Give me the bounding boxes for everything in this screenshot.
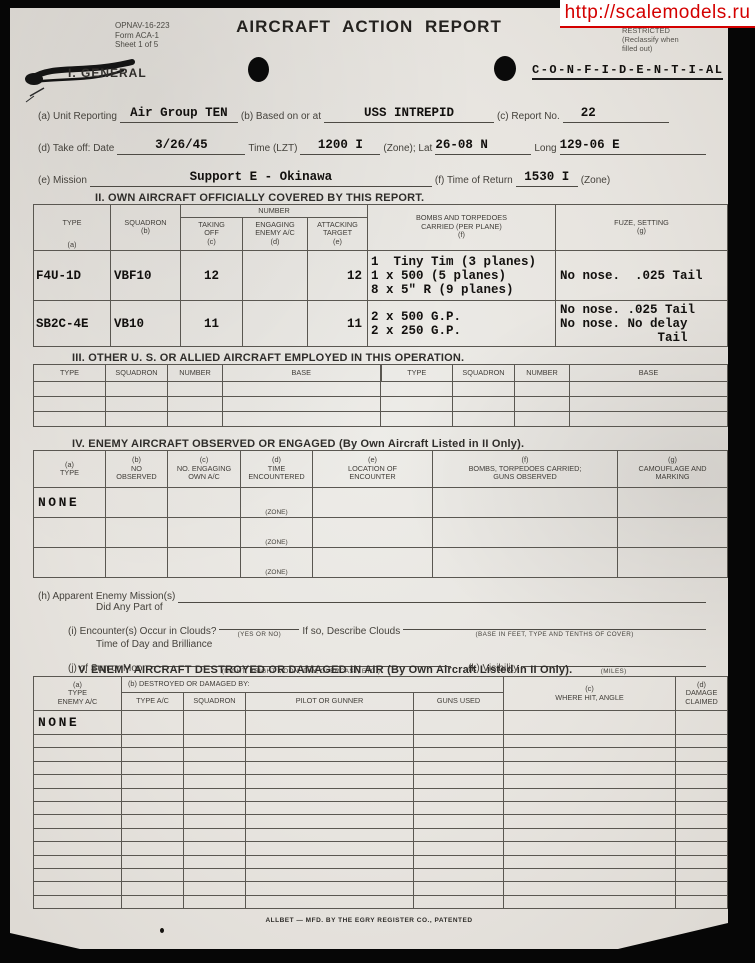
type-cell: SB2C-4E [34,301,111,347]
report-no-label: (c) Report No. [497,111,560,123]
empty-cell [168,412,223,427]
empty-cell [504,761,676,774]
empty-cell [676,735,728,748]
empty-cell [34,788,122,801]
empty-row [34,868,728,881]
empty-cell [34,842,122,855]
empty-cell [184,788,246,801]
empty-cell [433,488,618,518]
empty-cell [246,788,414,801]
empty-row [34,801,728,814]
empty-cell [122,828,184,841]
empty-cell [34,868,122,881]
col-header-type-ac: TYPE A/C [122,693,184,711]
describe-clouds-line [403,613,706,630]
empty-cell [246,882,414,895]
brilliance-label-top: Time of Day and Brilliance [96,639,212,650]
col-header-fuze: FUZE, SETTING (g) [556,205,728,251]
empty-cell [168,397,223,412]
empty-cell [246,748,414,761]
empty-cell [618,518,728,548]
time-of-return-value: 1530 I [516,170,578,187]
time-lzt-label: Time (LZT) [248,143,297,155]
based-on-label: (b) Based on or at [241,111,321,123]
empty-cell [122,775,184,788]
empty-cell [414,882,504,895]
empty-row [34,828,728,841]
empty-row [34,775,728,788]
attacking-cell: 12 [308,251,368,301]
empty-cell [504,711,676,735]
empty-cell [34,748,122,761]
zone-caption: (ZONE) [241,539,312,546]
enemy-observed-row: (ZONE) [34,518,728,548]
empty-cell [504,775,676,788]
empty-cell [676,895,728,908]
col-header-camouflage: (g) CAMOUFLAGE AND MARKING [618,451,728,488]
describe-clouds-caption: (BASE IN FEET, TYPE AND TENTHS OF COVER) [403,630,706,638]
empty-cell [246,801,414,814]
empty-cell [504,842,676,855]
field-row-d: (d) Take off: Date 3/26/45 Time (LZT) 12… [38,138,706,155]
col-header-guns: GUNS USED [414,693,504,711]
empty-cell [246,855,414,868]
empty-cell [453,382,515,397]
describe-clouds-label: If so, Describe Clouds [302,626,400,638]
empty-cell [246,761,414,774]
punch-hole-right [494,56,516,81]
empty-cell [122,788,184,801]
empty-cell [381,412,453,427]
empty-cell [504,855,676,868]
longitude-value: 129-06 E [560,138,706,155]
section-4-heading: IV. ENEMY AIRCRAFT OBSERVED OR ENGAGED (… [72,438,524,450]
empty-cell [122,895,184,908]
empty-cell [106,397,168,412]
section-1-heading: I. GENERAL [68,66,147,80]
empty-cell [313,488,433,518]
empty-cell [246,735,414,748]
empty-cell [122,801,184,814]
empty-row [34,397,728,412]
section-5-heading: V. ENEMY AIRCRAFT DESTROYED OR DAMAGED I… [78,664,572,676]
empty-cell [122,735,184,748]
empty-cell [414,711,504,735]
empty-cell [414,748,504,761]
empty-cell [34,382,106,397]
empty-cell [184,855,246,868]
empty-cell [223,382,381,397]
attacking-cell: 11 [308,301,368,347]
empty-cell [34,518,106,548]
empty-cell [246,711,414,735]
col-header-damage-claimed: (d) DAMAGE CLAIMED [676,677,728,711]
own-aircraft-row: SB2C-4E VB10 11 11 2 x 500 G.P. 2 x 250 … [34,301,728,347]
empty-row [34,842,728,855]
empty-cell [184,895,246,908]
col-header-destroyed-by: (b) DESTROYED OR DAMAGED BY: [122,677,504,693]
enemy-type-entry: NONE [34,711,122,735]
time-cell: (ZONE) [241,518,313,548]
empty-cell [676,855,728,868]
empty-cell [504,748,676,761]
empty-row [34,895,728,908]
empty-cell [246,775,414,788]
engaging-cell [243,251,308,301]
section-3-heading: III. OTHER U. S. OR ALLIED AIRCRAFT EMPL… [72,352,464,364]
empty-cell [34,775,122,788]
empty-cell [184,735,246,748]
empty-cell [223,397,381,412]
restricted-stamp: RESTRICTED (Reclassify when filled out) [622,27,679,53]
fuze-cell: No nose. .025 Tail [556,251,728,301]
empty-row [34,788,728,801]
empty-cell [570,397,728,412]
empty-cell [184,711,246,735]
allied-aircraft-table: TYPE SQUADRON NUMBER BASE TYPE SQUADRON … [33,364,728,427]
empty-cell [246,828,414,841]
empty-cell [246,842,414,855]
empty-cell [676,815,728,828]
scanned-form-page: OPNAV-16-223 Form ACA-1 Sheet 1 of 5 AIR… [10,8,728,949]
empty-cell [414,842,504,855]
section-2-heading: II. OWN AIRCRAFT OFFICIALLY COVERED BY T… [95,192,424,204]
empty-cell [34,761,122,774]
taking-off-cell: 11 [181,301,243,347]
mission-label: (e) Mission [38,175,87,187]
empty-cell [313,548,433,578]
empty-cell [414,815,504,828]
empty-cell [381,397,453,412]
col-header-bombs: BOMBS AND TORPEDOES CARRIED (PER PLANE) … [368,205,556,251]
empty-cell [122,815,184,828]
col-header-type: TYPE [381,365,453,382]
empty-cell [414,735,504,748]
empty-cell [168,548,241,578]
col-header-taking-off: TAKING OFF (c) [181,218,243,251]
field-row-abc: (a) Unit Reporting Air Group TEN (b) Bas… [38,106,706,123]
field-row-h: (h) Apparent Enemy Mission(s) [38,586,706,603]
empty-cell [184,761,246,774]
empty-cell [570,412,728,427]
bombs-cell: 1 Tiny Tim (3 planes) 1 x 500 (5 planes)… [368,251,556,301]
latitude-value: 26-08 N [435,138,531,155]
classification-marking: C-O-N-F-I-D-E-N-T-I-AL [532,63,723,80]
enemy-destroyed-row: NONE [34,711,728,735]
empty-cell [618,488,728,518]
empty-cell [515,382,570,397]
col-header-no-observed: (b) NO OBSERVED [106,451,168,488]
empty-cell [453,412,515,427]
col-header-base: BASE [223,365,381,382]
empty-cell [414,855,504,868]
report-no-value: 22 [563,106,669,123]
empty-cell [515,397,570,412]
col-header-bombs-guns: (f) BOMBS, TORPEDOES CARRIED; GUNS OBSER… [433,451,618,488]
col-header-pilot: PILOT OR GUNNER [246,693,414,711]
empty-cell [34,828,122,841]
clouds-label-top: Did Any Part of [96,602,163,613]
empty-cell [504,801,676,814]
empty-cell [676,801,728,814]
empty-cell [676,761,728,774]
empty-cell [122,842,184,855]
empty-cell [106,488,168,518]
empty-cell [106,518,168,548]
takeoff-date-label: (d) Take off: Date [38,143,114,155]
empty-cell [223,412,381,427]
empty-cell [122,855,184,868]
empty-cell [504,735,676,748]
printer-imprint: ALLBET — MFD. BY THE EGRY REGISTER CO., … [10,917,728,924]
empty-cell [676,788,728,801]
return-zone-label: (Zone) [581,175,610,187]
engaging-cell [243,301,308,347]
empty-cell [34,412,106,427]
empty-cell [122,882,184,895]
punch-hole-left [248,57,269,82]
empty-cell [184,882,246,895]
empty-cell [184,868,246,881]
empty-cell [570,382,728,397]
empty-row [34,761,728,774]
apparent-enemy-mission-line [178,586,706,603]
empty-cell [676,882,728,895]
empty-cell [246,868,414,881]
empty-cell [504,895,676,908]
empty-cell [122,761,184,774]
time-cell: (ZONE) [241,488,313,518]
type-cell: F4U-1D [34,251,111,301]
empty-cell [106,548,168,578]
unit-reporting-value: Air Group TEN [120,106,238,123]
enemy-type-entry: NONE [34,488,106,518]
empty-cell [504,882,676,895]
field-row-ef: (e) Mission Support E - Okinawa (f) Time… [38,170,706,187]
empty-cell [34,801,122,814]
col-header-time-encountered: (d) TIME ENCOUNTERED [241,451,313,488]
empty-cell [122,748,184,761]
empty-cell [313,518,433,548]
col-header-type-enemy: (a) TYPE ENEMY A/C [34,677,122,711]
empty-cell [414,895,504,908]
empty-cell [414,788,504,801]
empty-cell [414,761,504,774]
own-aircraft-table: TYPE (a) SQUADRON (b) NUMBER BOMBS AND T… [33,204,728,347]
col-header-where-hit: (c) WHERE HIT, ANGLE [504,677,676,711]
empty-cell [168,518,241,548]
col-header-squadron: SQUADRON (b) [111,205,181,251]
enemy-observed-table: (a) TYPE (b) NO OBSERVED (c) NO. ENGAGIN… [33,450,728,578]
empty-cell [184,815,246,828]
zone-lat-label: (Zone); Lat [383,143,432,155]
empty-row [34,748,728,761]
own-aircraft-row: F4U-1D VBF10 12 12 1 Tiny Tim (3 planes)… [34,251,728,301]
empty-cell [381,382,453,397]
scan-edge-bottom-left [10,933,80,949]
time-of-return-label: (f) Time of Return [435,175,513,187]
zone-caption: (ZONE) [241,509,312,516]
empty-cell [184,748,246,761]
enemy-destroyed-table: (a) TYPE ENEMY A/C (b) DESTROYED OR DAMA… [33,676,728,909]
empty-cell [184,775,246,788]
scan-edge-bottom-right [618,923,728,949]
col-header-base: BASE [570,365,728,382]
watermark-url: http://scalemodels.ru [565,2,751,24]
watermark-banner: http://scalemodels.ru [560,0,755,28]
empty-cell [414,868,504,881]
based-on-value: USS INTREPID [324,106,494,123]
empty-cell [414,801,504,814]
fuze-cell: No nose. .025 Tail No nose. No delay Tai… [556,301,728,347]
col-header-type: TYPE (a) [34,205,111,251]
empty-row [34,855,728,868]
empty-row [34,412,728,427]
empty-cell [34,548,106,578]
empty-cell [184,801,246,814]
yes-no-line [219,613,299,630]
empty-cell [515,412,570,427]
yes-no-caption: (YES OR NO) [219,630,299,638]
zone-caption: (ZONE) [241,569,312,576]
empty-cell [34,855,122,868]
ink-dot [160,928,164,933]
empty-cell [246,815,414,828]
bombs-cell: 2 x 500 G.P. 2 x 250 G.P. [368,301,556,347]
empty-cell [34,735,122,748]
time-cell: (ZONE) [241,548,313,578]
empty-cell [414,828,504,841]
empty-cell [676,775,728,788]
empty-cell [676,828,728,841]
empty-cell [676,748,728,761]
empty-cell [122,711,184,735]
col-header-type: (a) TYPE [34,451,106,488]
col-header-number: NUMBER [515,365,570,382]
takeoff-time-value: 1200 I [300,138,380,155]
describe-clouds-group: (BASE IN FEET, TYPE AND TENTHS OF COVER) [403,613,706,638]
empty-cell [676,868,728,881]
empty-cell [246,895,414,908]
empty-row [34,735,728,748]
col-header-squadron: SQUADRON [184,693,246,711]
taking-off-cell: 12 [181,251,243,301]
empty-row [34,882,728,895]
empty-cell [184,842,246,855]
col-header-squadron: SQUADRON [106,365,168,382]
squadron-cell: VB10 [111,301,181,347]
col-header-engaging: ENGAGING ENEMY A/C (d) [243,218,308,251]
col-header-type: TYPE [34,365,106,382]
empty-cell [34,397,106,412]
empty-row [34,382,728,397]
empty-cell [504,868,676,881]
empty-cell [676,711,728,735]
empty-cell [168,382,223,397]
enemy-observed-row: NONE (ZONE) [34,488,728,518]
takeoff-date-value: 3/26/45 [117,138,245,155]
empty-cell [676,842,728,855]
unit-reporting-label: (a) Unit Reporting [38,111,117,123]
empty-cell [106,382,168,397]
empty-cell [122,868,184,881]
empty-cell [184,828,246,841]
clouds-label: (i) Encounter(s) Occur in Clouds? [68,626,216,638]
col-header-number: NUMBER [168,365,223,382]
col-header-no-engaging: (c) NO. ENGAGING OWN A/C [168,451,241,488]
field-row-i: (i) Encounter(s) Occur in Clouds? (YES O… [68,613,706,638]
col-header-squadron: SQUADRON [453,365,515,382]
empty-cell [504,788,676,801]
empty-cell [34,882,122,895]
longitude-label: Long [534,143,556,155]
empty-cell [34,895,122,908]
empty-cell [618,548,728,578]
col-header-location: (e) LOCATION OF ENCOUNTER [313,451,433,488]
empty-cell [34,815,122,828]
empty-cell [504,828,676,841]
squadron-cell: VBF10 [111,251,181,301]
empty-cell [106,412,168,427]
enemy-observed-row: (ZONE) [34,548,728,578]
empty-cell [453,397,515,412]
yes-no-group: (YES OR NO) [219,613,299,638]
empty-cell [414,775,504,788]
empty-cell [168,488,241,518]
mission-value: Support E - Okinawa [90,170,432,187]
col-header-attacking: ATTACKING TARGET (e) [308,218,368,251]
empty-cell [504,815,676,828]
empty-cell [433,548,618,578]
col-header-number-group: NUMBER [181,205,368,218]
empty-row [34,815,728,828]
empty-cell [433,518,618,548]
